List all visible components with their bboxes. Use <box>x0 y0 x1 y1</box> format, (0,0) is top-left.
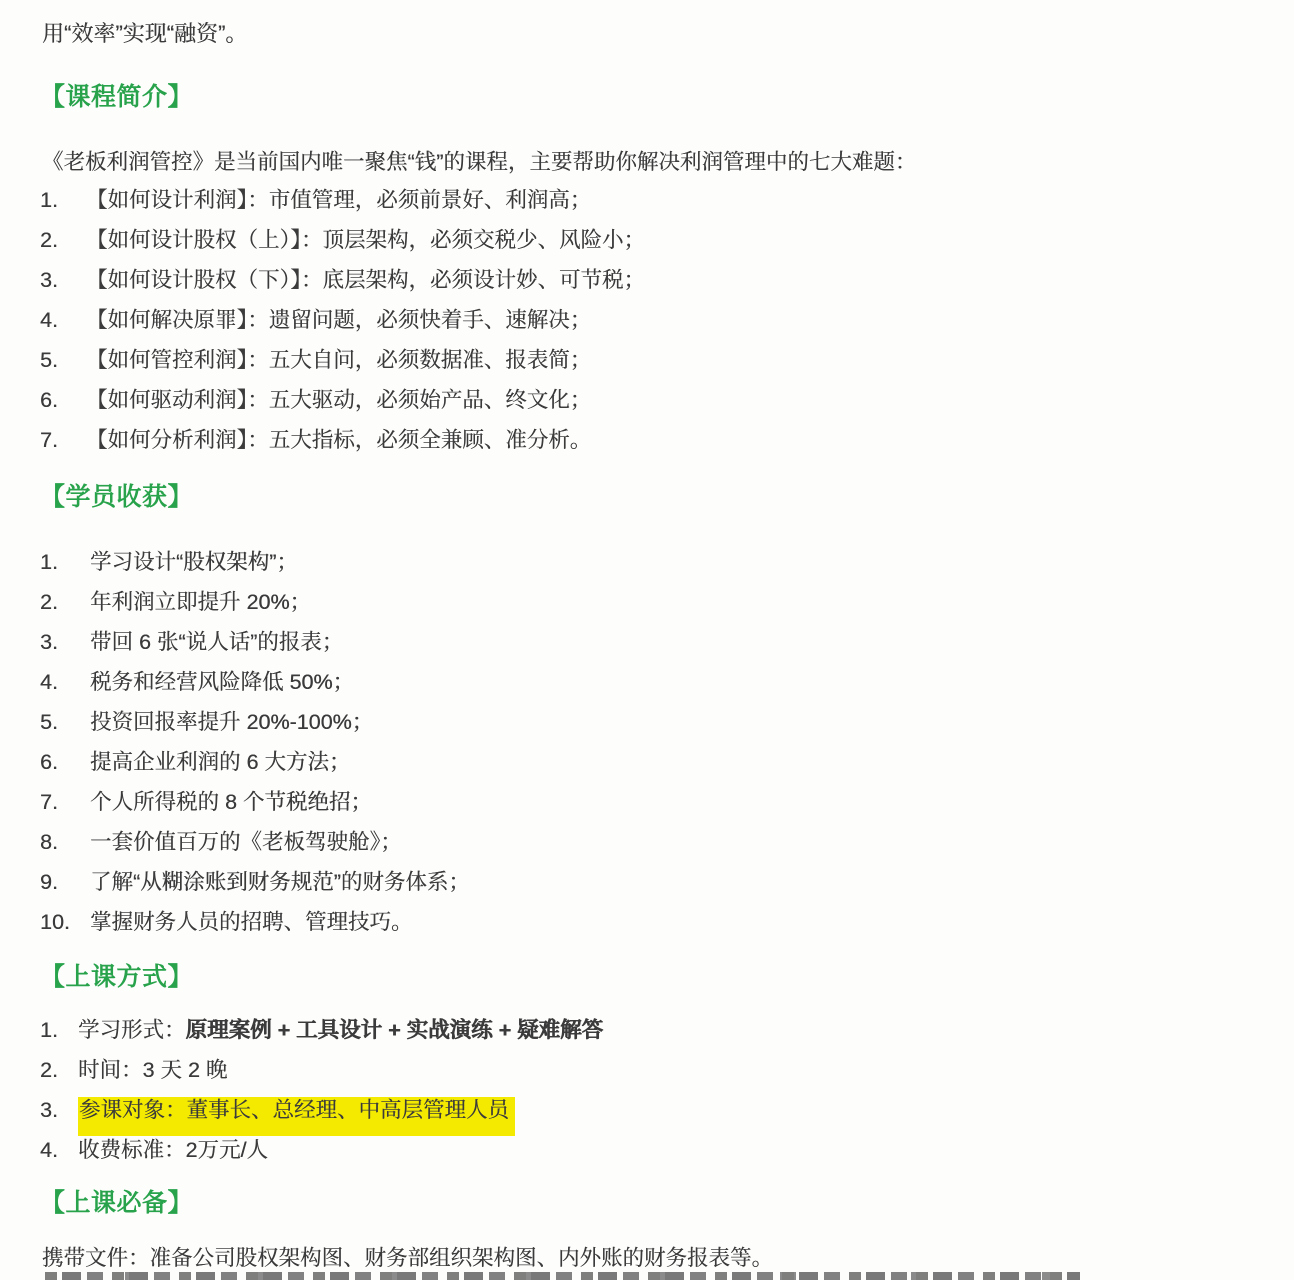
list-item-text: 学习设计“股权架构”； <box>90 542 1254 582</box>
list-item: 7.【如何分析利润】：五大指标，必须全兼顾、准分析。 <box>40 420 1254 460</box>
list-item-text: 【如何设计利润】：市值管理，必须前景好、利润高； <box>86 180 1254 220</box>
list-item: 2.【如何设计股权（上）】：顶层架构，必须交税少、风险小； <box>40 220 1254 260</box>
section-heading-gains: 【学员收获】 <box>40 482 1254 512</box>
list-item-text: 个人所得税的 8 个节税绝招； <box>90 782 1254 822</box>
section-heading-format: 【上课方式】 <box>40 962 1254 992</box>
list-item-number: 5. <box>40 702 90 742</box>
list-item: 8.一套价值百万的《老板驾驶舱》； <box>40 822 1254 862</box>
list-item: 2.时间：3 天 2 晚 <box>40 1050 1254 1090</box>
list-item: 6.提高企业利润的 6 大方法； <box>40 742 1254 782</box>
list-item-number: 4. <box>40 300 86 340</box>
list-item-text: 【如何驱动利润】：五大驱动，必须始产品、终文化； <box>86 380 1254 420</box>
list-item-number: 6. <box>40 742 90 782</box>
list-item-number: 5. <box>40 340 86 380</box>
list-item-text: 【如何设计股权（下）】：底层架构，必须设计妙、可节税； <box>86 260 1254 300</box>
format-prefix: 学习形式： <box>78 1018 186 1042</box>
section-heading-course-intro: 【课程简介】 <box>40 82 1254 112</box>
intro-line: 用“效率”实现“融资”。 <box>42 20 1254 48</box>
list-item-number: 4. <box>40 1130 78 1170</box>
list-item-number: 2. <box>40 220 86 260</box>
highlighted-text: 参课对象：董事长、总经理、中高层管理人员 <box>78 1097 515 1123</box>
list-item-text: 【如何解决原罪】：遗留问题，必须快着手、速解决； <box>86 300 1254 340</box>
list-item: 3.【如何设计股权（下）】：底层架构，必须设计妙、可节税； <box>40 260 1254 300</box>
course-intro-lead: 《老板利润管控》是当前国内唯一聚焦“钱”的课程，主要帮助你解决利润管理中的七大难… <box>42 148 1254 176</box>
list-item-number: 8. <box>40 822 90 862</box>
list-item-text: 一套价值百万的《老板驾驶舱》； <box>90 822 1254 862</box>
list-item-number: 7. <box>40 782 90 822</box>
cutoff-text-line <box>45 1272 1080 1280</box>
list-item: 10.掌握财务人员的招聘、管理技巧。 <box>40 902 1254 942</box>
list-item: 4.【如何解决原罪】：遗留问题，必须快着手、速解决； <box>40 300 1254 340</box>
list-item-text: 提高企业利润的 6 大方法； <box>90 742 1254 782</box>
list-item-text: 参课对象：董事长、总经理、中高层管理人员 <box>78 1090 1254 1130</box>
list-item-number: 7. <box>40 420 86 460</box>
list-item-text: 【如何管控利润】：五大自问，必须数据准、报表简； <box>86 340 1254 380</box>
list-item: 4.税务和经营风险降低 50%； <box>40 662 1254 702</box>
format-list: 1. 学习形式：原理案例 + 工具设计 + 实战演练 + 疑难解答 2.时间：3… <box>40 1010 1254 1170</box>
list-item: 2.年利润立即提升 20%； <box>40 582 1254 622</box>
list-item-number: 2. <box>40 582 90 622</box>
list-item-text: 掌握财务人员的招聘、管理技巧。 <box>90 902 1254 942</box>
list-item-text: 税务和经营风险降低 50%； <box>90 662 1254 702</box>
gains-list: 1.学习设计“股权架构”； 2.年利润立即提升 20%； 3.带回 6 张“说人… <box>40 542 1254 942</box>
list-item: 6.【如何驱动利润】：五大驱动，必须始产品、终文化； <box>40 380 1254 420</box>
list-item-number: 10. <box>40 902 90 942</box>
list-item-text: 时间：3 天 2 晚 <box>78 1050 1254 1090</box>
list-item-number: 9. <box>40 862 90 902</box>
list-item-text: 【如何分析利润】：五大指标，必须全兼顾、准分析。 <box>86 420 1254 460</box>
list-item: 7.个人所得税的 8 个节税绝招； <box>40 782 1254 822</box>
format-bold-text: 原理案例 + 工具设计 + 实战演练 + 疑难解答 <box>186 1018 604 1042</box>
list-item-number: 1. <box>40 1010 78 1050</box>
list-item-text: 了解“从糊涂账到财务规范”的财务体系； <box>90 862 1254 902</box>
list-item-text: 收费标准：2万元/人 <box>78 1130 1254 1170</box>
list-item-number: 3. <box>40 260 86 300</box>
document-page: 用“效率”实现“融资”。 【课程简介】 《老板利润管控》是当前国内唯一聚焦“钱”… <box>0 0 1294 1280</box>
list-item: 5.投资回报率提升 20%-100%； <box>40 702 1254 742</box>
list-item-number: 4. <box>40 662 90 702</box>
list-item-number: 3. <box>40 622 90 662</box>
list-item-number: 1. <box>40 542 90 582</box>
list-item-text: 【如何设计股权（上）】：顶层架构，必须交税少、风险小； <box>86 220 1254 260</box>
course-intro-list: 1.【如何设计利润】：市值管理，必须前景好、利润高； 2.【如何设计股权（上）】… <box>40 180 1254 460</box>
prep-lead: 携带文件：准备公司股权架构图、财务部组织架构图、内外账的财务报表等。 <box>42 1244 1254 1272</box>
list-item-number: 2. <box>40 1050 78 1090</box>
list-item-text: 带回 6 张“说人话”的报表； <box>90 622 1254 662</box>
list-item-number: 6. <box>40 380 86 420</box>
list-item-number: 1. <box>40 180 86 220</box>
list-item-number: 3. <box>40 1090 78 1130</box>
section-heading-prep: 【上课必备】 <box>40 1188 1254 1218</box>
list-item: 1.学习设计“股权架构”； <box>40 542 1254 582</box>
list-item: 5.【如何管控利润】：五大自问，必须数据准、报表简； <box>40 340 1254 380</box>
list-item: 1.【如何设计利润】：市值管理，必须前景好、利润高； <box>40 180 1254 220</box>
list-item-text: 投资回报率提升 20%-100%； <box>90 702 1254 742</box>
list-item: 9.了解“从糊涂账到财务规范”的财务体系； <box>40 862 1254 902</box>
list-item-text: 学习形式：原理案例 + 工具设计 + 实战演练 + 疑难解答 <box>78 1010 1254 1050</box>
list-item: 1. 学习形式：原理案例 + 工具设计 + 实战演练 + 疑难解答 <box>40 1010 1254 1050</box>
list-item: 4.收费标准：2万元/人 <box>40 1130 1254 1170</box>
list-item-text: 年利润立即提升 20%； <box>90 582 1254 622</box>
list-item: 3.带回 6 张“说人话”的报表； <box>40 622 1254 662</box>
list-item: 3. 参课对象：董事长、总经理、中高层管理人员 <box>40 1090 1254 1130</box>
